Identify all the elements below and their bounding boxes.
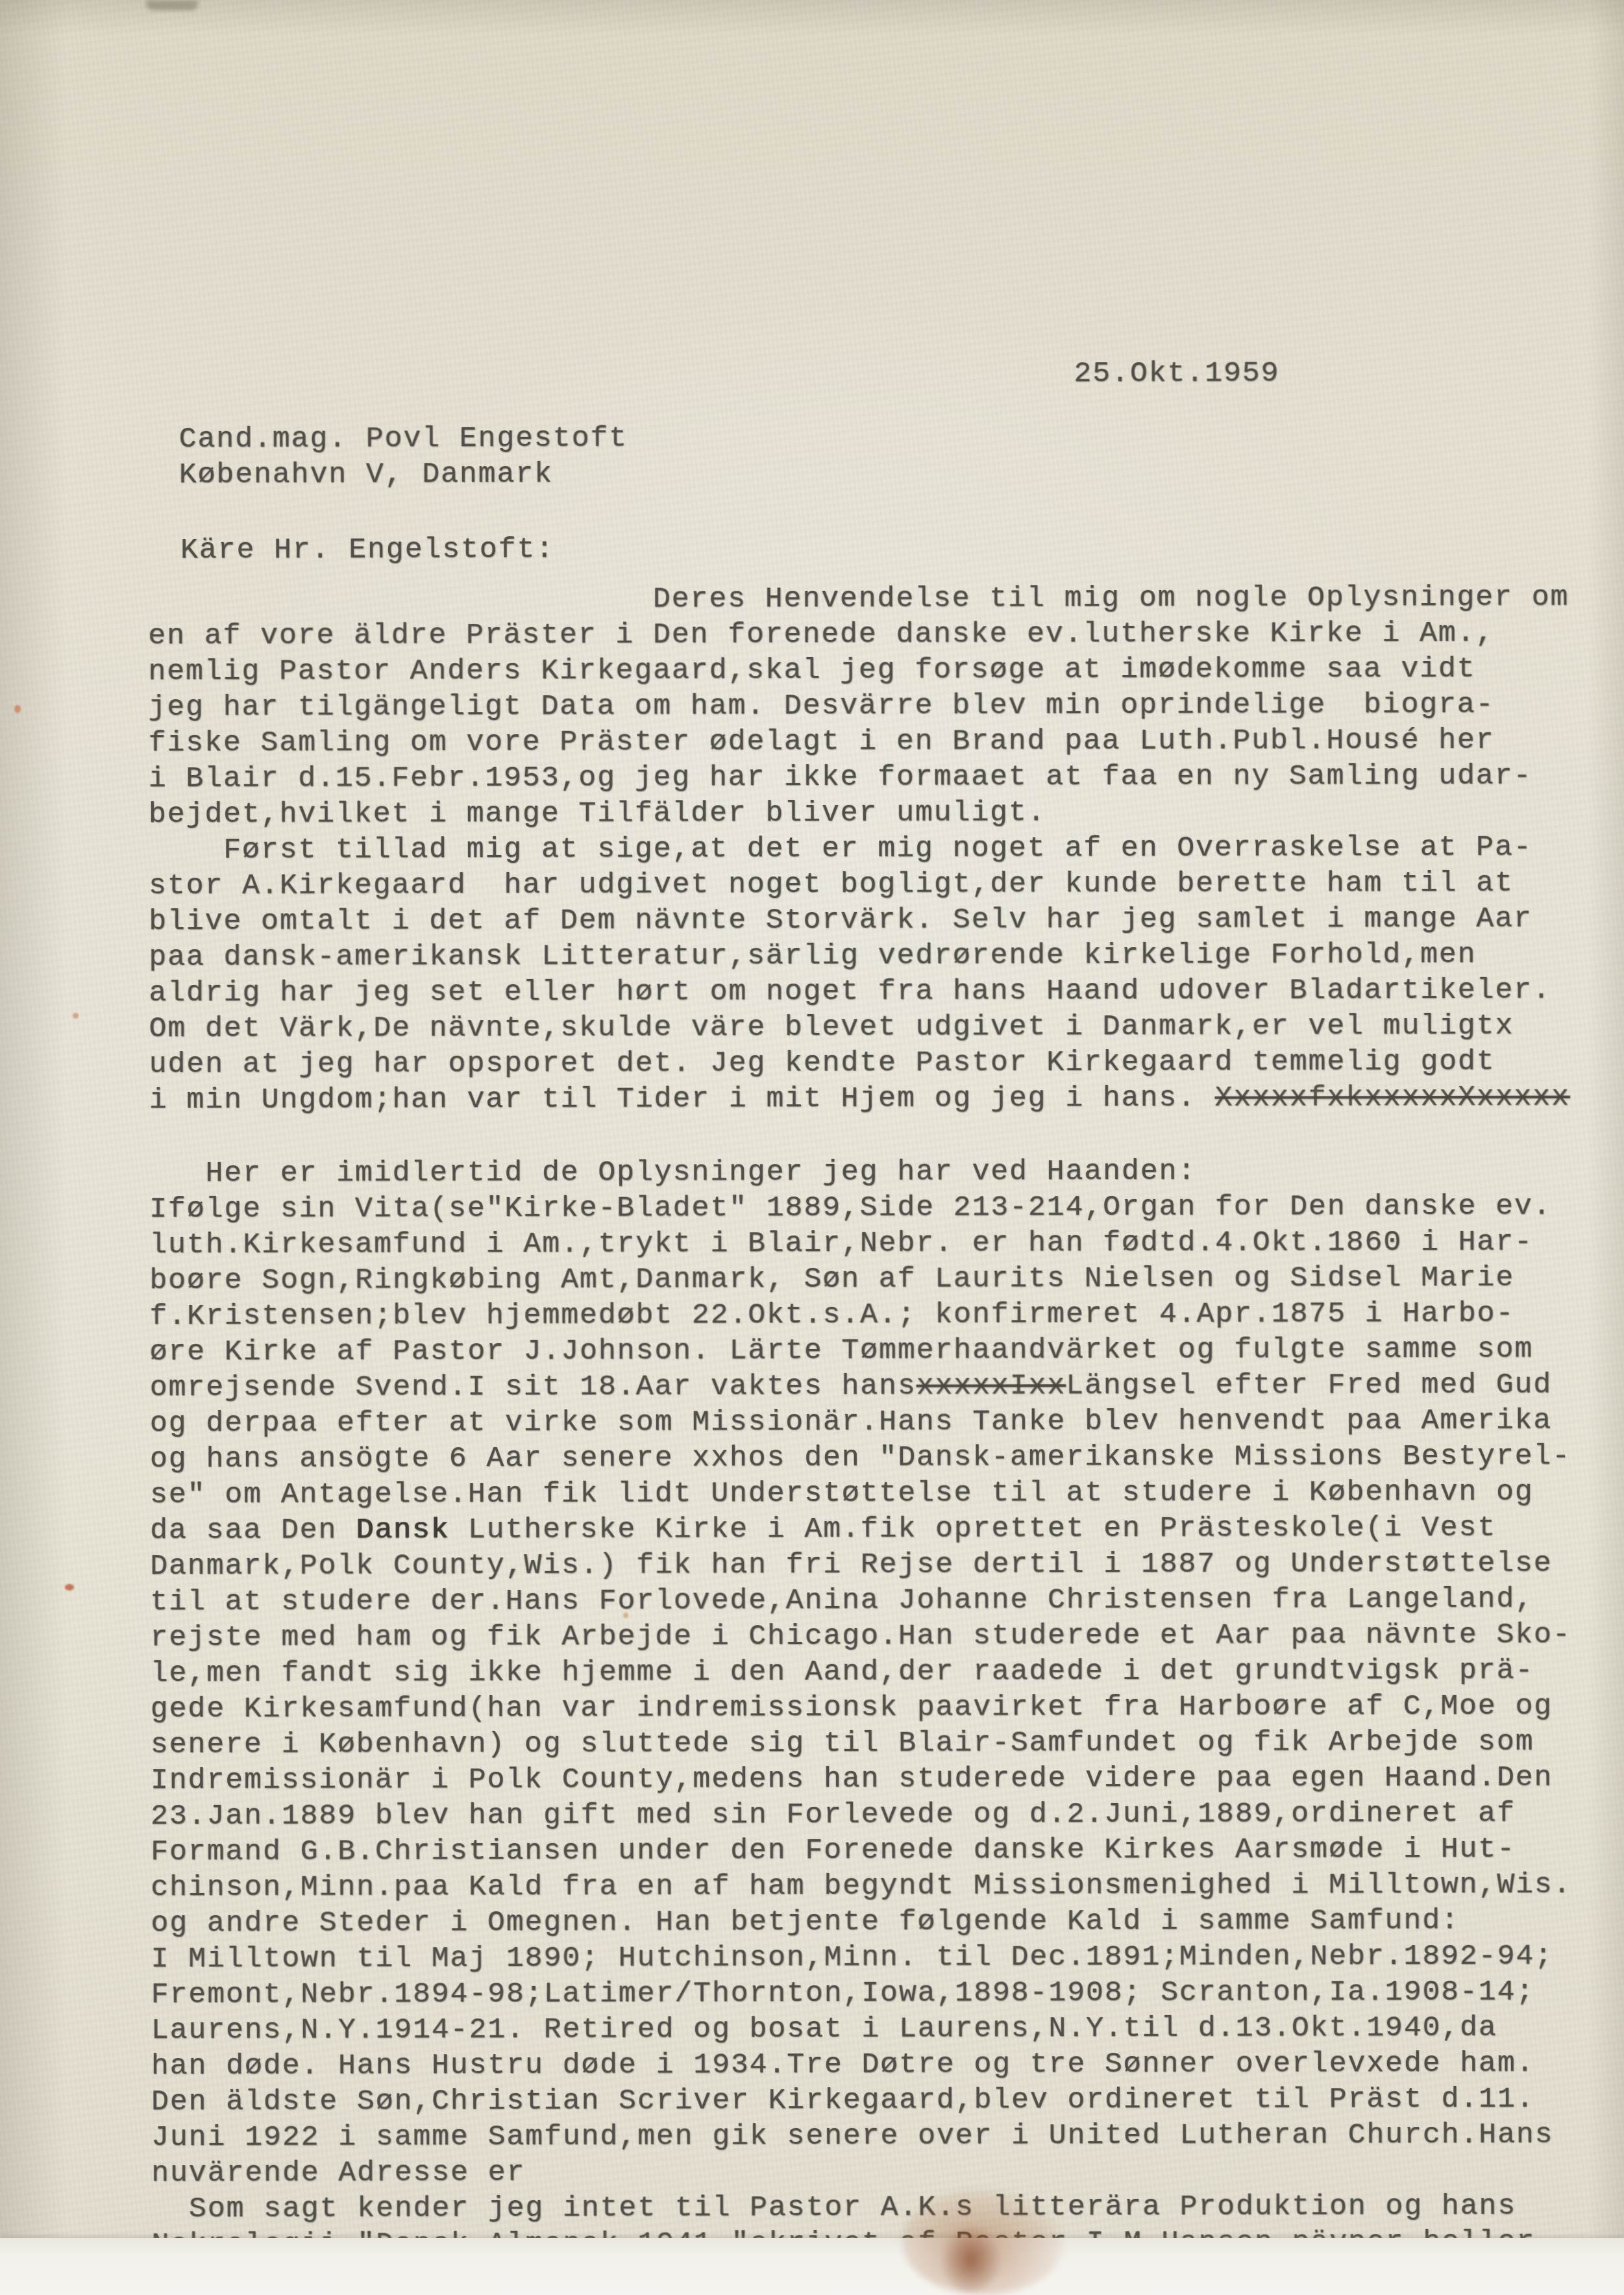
paragraph-1: Deres Henvendelse til mig om nogle Oplys…	[148, 579, 1624, 832]
paragraph-3-text-a: Her er imidlertid de Oplysninger jeg har…	[149, 1155, 1552, 1404]
paper-speck	[623, 1613, 628, 1618]
overstruck-word: Dansk	[356, 1513, 449, 1546]
recipient-address: Cand.mag. Povl Engestoft Købenahvn V, Da…	[179, 421, 628, 493]
scanner-background-strip	[0, 2238, 1624, 2295]
paper-speck	[73, 1013, 79, 1019]
recipient-name: Cand.mag. Povl Engestoft	[179, 421, 628, 457]
struck-out-correction: xxxxxIxx	[917, 1369, 1066, 1402]
paper-speck	[65, 1584, 74, 1591]
letter-date: 25.Okt.1959	[1074, 355, 1279, 391]
paragraph-3-text-c: Lutherske Kirke i Am.fik oprettet en Prä…	[150, 1511, 1571, 2295]
paragraph-2: Først tillad mig at sige,at det er mig n…	[149, 829, 1624, 1118]
struck-out-text: XxxxxfxkxxxxxXxxxxx	[1215, 1081, 1570, 1115]
paper-speck	[14, 705, 21, 713]
salutation: Käre Hr. Engelstoft:	[180, 532, 554, 568]
scanned-letter-page: 25.Okt.1959 Cand.mag. Povl Engestoft Køb…	[0, 0, 1624, 2295]
typewritten-text-layer: 25.Okt.1959 Cand.mag. Povl Engestoft Køb…	[0, 0, 1624, 2295]
paragraph-3: Her er imidlertid de Oplysninger jeg har…	[149, 1152, 1624, 2295]
letter-body: Deres Henvendelse til mig om nogle Oplys…	[148, 579, 1624, 2295]
recipient-city: Købenahvn V, Danmark	[179, 456, 628, 493]
paper-stain-core	[940, 2224, 1002, 2292]
paragraph-2-text: Først tillad mig at sige,at det er mig n…	[149, 831, 1551, 1117]
